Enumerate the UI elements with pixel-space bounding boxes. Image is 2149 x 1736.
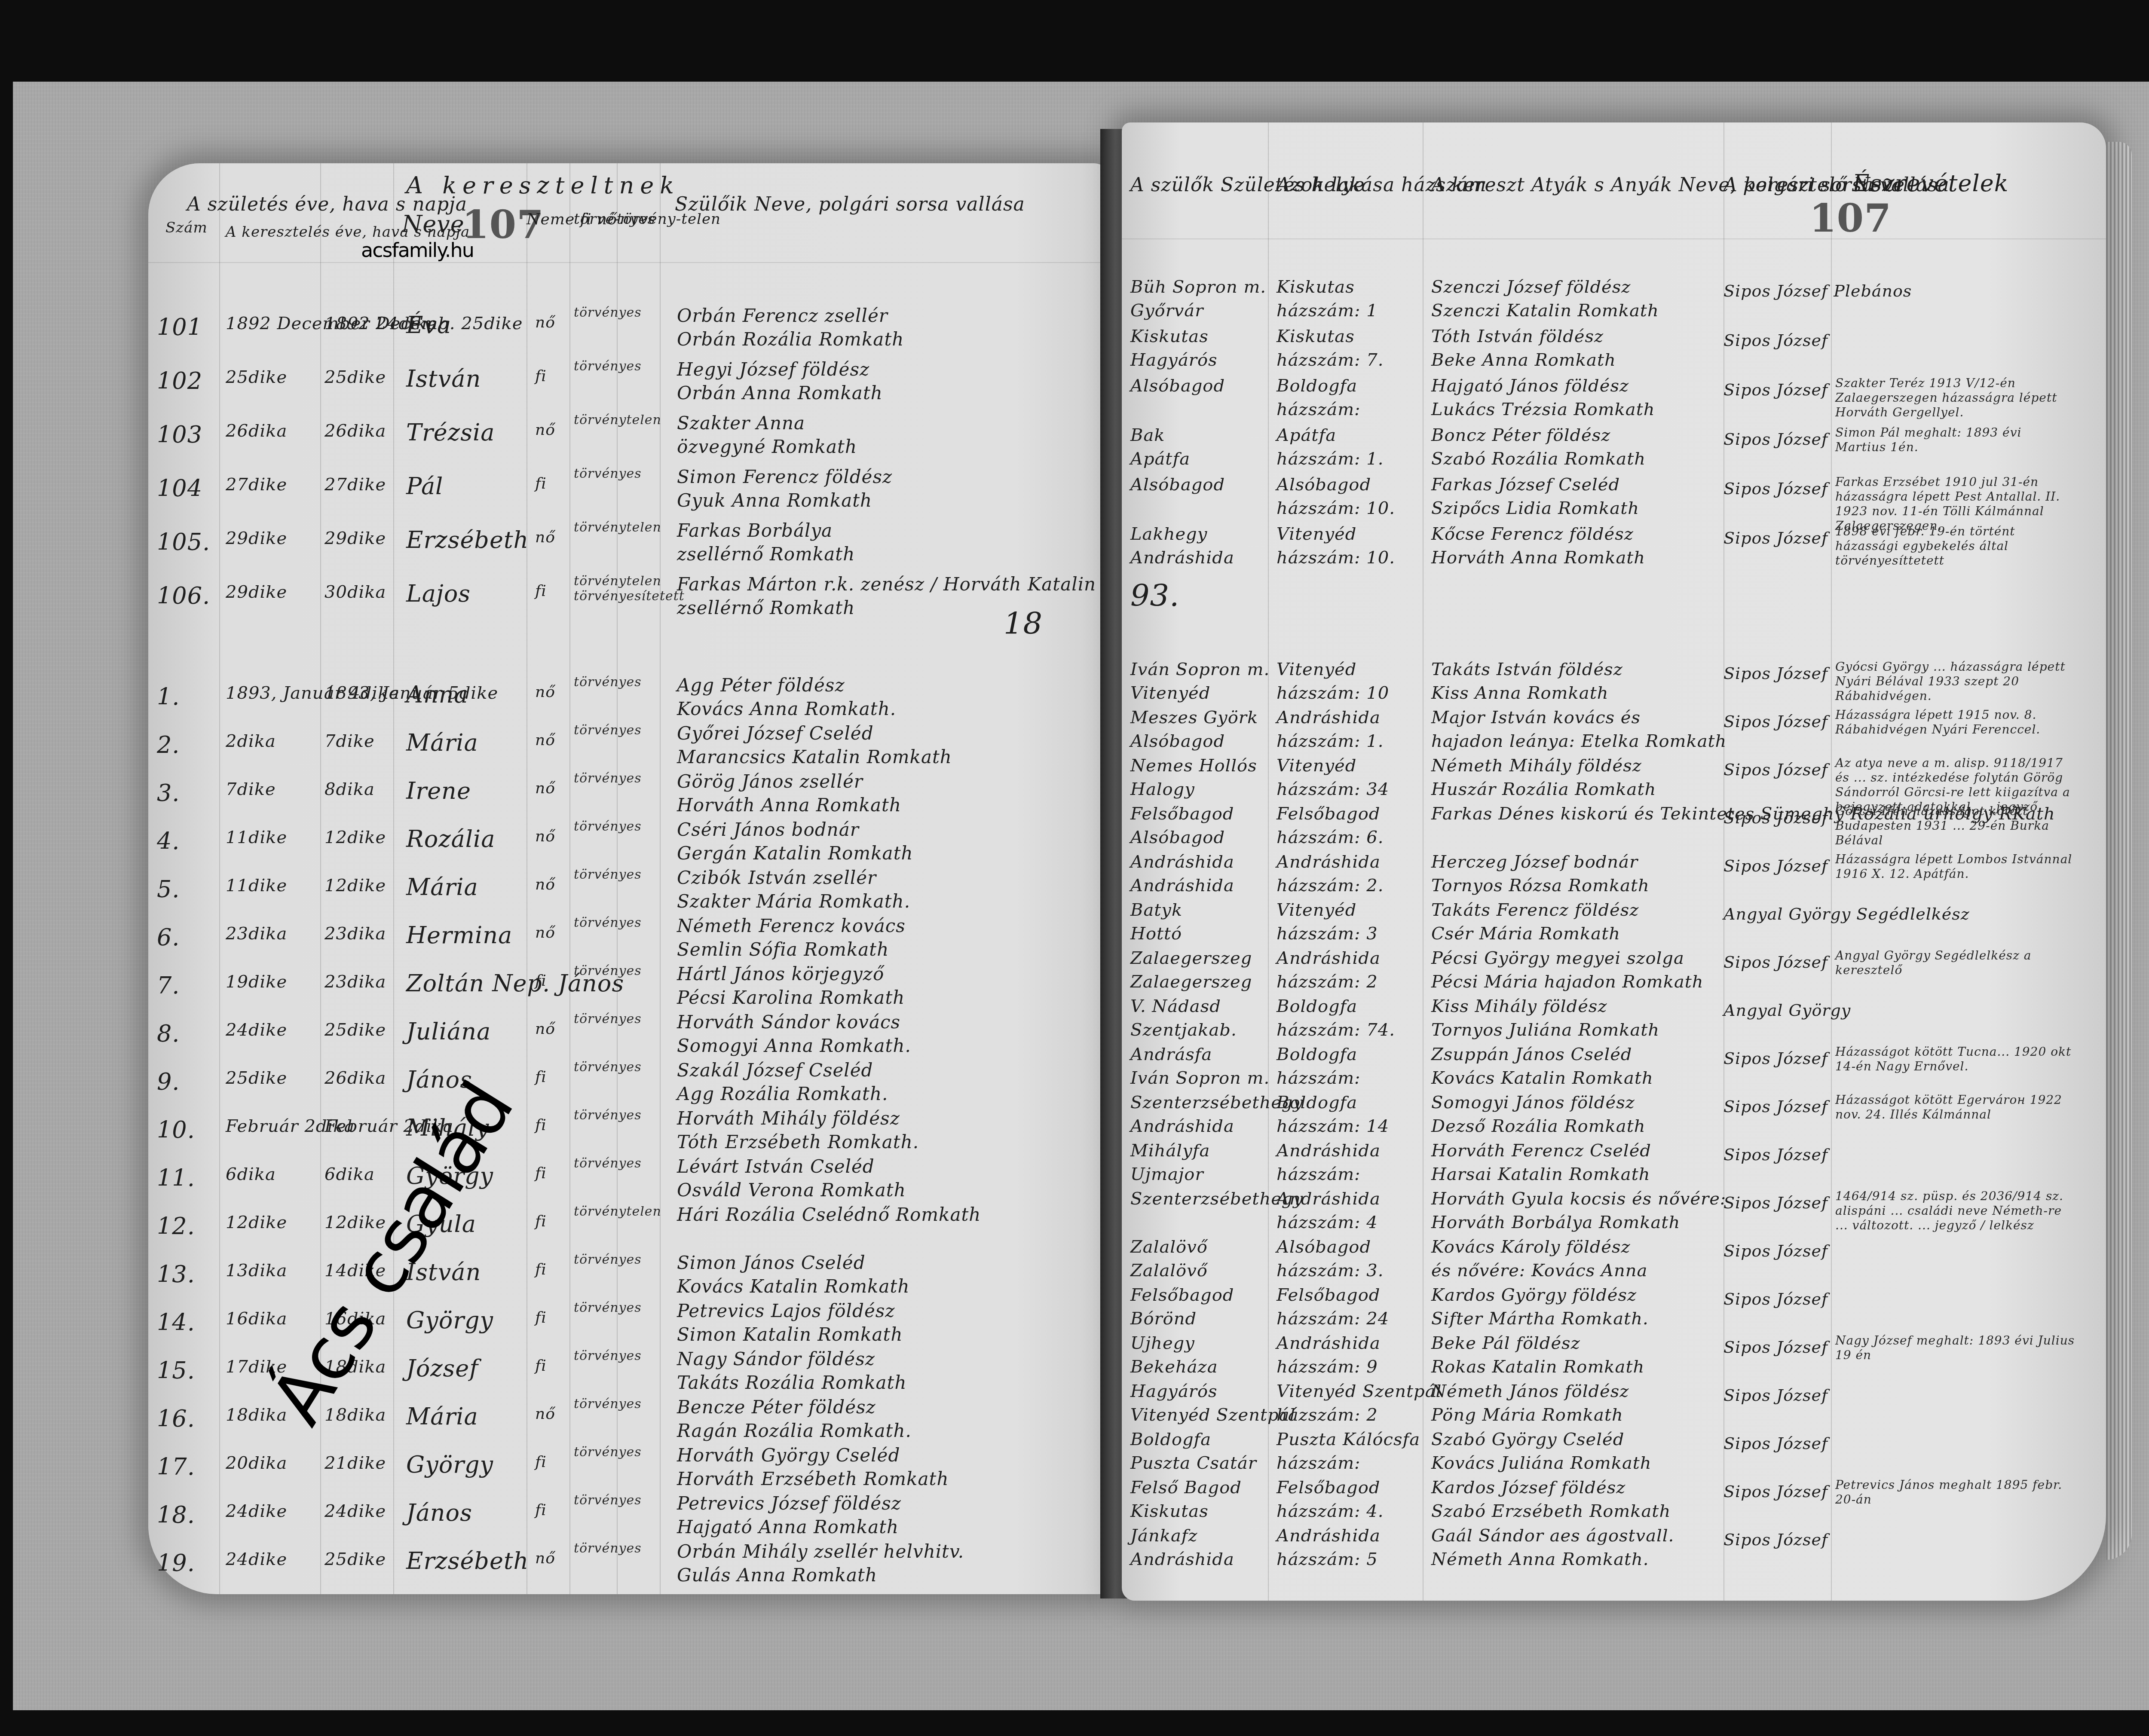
godparent: Zsuppán János Cseléd — [1431, 1045, 1632, 1064]
godparent: Tornyos Rózsa Romkath — [1431, 876, 1650, 896]
child-sex: fi — [535, 972, 547, 990]
parents-birthplace: Bórönd — [1130, 1309, 1197, 1329]
residence: Felsőbagod — [1277, 1478, 1380, 1498]
child-sex: nő — [535, 1020, 555, 1038]
birth-date: 12dike — [226, 1213, 287, 1232]
parents-birthplace: Bekeháza — [1130, 1357, 1218, 1377]
parents-birthplace: Andráshida — [1130, 876, 1234, 896]
godparent: Hajgató János földész — [1431, 376, 1629, 396]
godparent: Kiss Mihály földész — [1431, 996, 1607, 1016]
child-sex: fi — [535, 1357, 547, 1375]
legitimacy-status: törvényes — [574, 675, 655, 690]
baptism-date: 24dike — [324, 1501, 386, 1521]
parents-birthplace: Iván Sopron m. — [1130, 1068, 1270, 1088]
section-label: 93. — [1130, 578, 1179, 613]
remark-note: Házasságra lépett Lombos Istvánnal 1916 … — [1835, 852, 2076, 881]
legitimacy-status: törvényes — [574, 819, 655, 834]
child-sex: fi — [535, 1116, 547, 1134]
parent-father: Horváth Mihály földész — [677, 1108, 900, 1129]
baptizing-priest: Sipos József — [1723, 1097, 1828, 1116]
parents-birthplace: Andráshida — [1130, 548, 1234, 568]
residence: Felsőbagod — [1277, 1285, 1380, 1305]
residence: Vitenyéd — [1277, 900, 1356, 920]
baptism-date: 29dike — [324, 529, 386, 548]
godparent: Horváth Borbálya Romkath — [1431, 1213, 1680, 1232]
parent-father: Petrevics Lajos földész — [677, 1300, 895, 1321]
entry-number: 1. — [157, 683, 180, 710]
residence: házszám: — [1277, 1164, 1361, 1184]
parent-mother: Orbán Anna Romkath — [677, 382, 883, 403]
legitimacy-status: törvényes — [574, 771, 655, 786]
residence: Apátfa — [1277, 425, 1336, 445]
birth-date: 11dike — [226, 876, 287, 896]
entry-number: 10. — [157, 1116, 195, 1143]
residence: házszám: 74. — [1277, 1020, 1395, 1040]
baptizing-priest: Sipos József — [1723, 430, 1828, 449]
entry-number: 8. — [157, 1020, 180, 1047]
parent-mother: Pécsi Karolina Romkath — [677, 987, 905, 1008]
birth-date: 29dike — [226, 582, 287, 602]
parents-birthplace: Lakhegy — [1130, 524, 1207, 544]
birth-date: 27dike — [226, 475, 287, 495]
baptizing-priest: Sipos József — [1723, 1338, 1828, 1357]
parent-mother: zsellérnő Romkath — [677, 597, 855, 618]
legitimacy-status: törvényes — [574, 1348, 655, 1363]
godparent: Kardos József földész — [1431, 1478, 1626, 1498]
parents-birthplace: Zalalövő — [1130, 1261, 1208, 1281]
parent-father: Szakál József Cseléd — [677, 1060, 873, 1081]
residence: házszám: 2 — [1277, 972, 1378, 992]
parent-mother: Horváth Anna Romkath — [677, 795, 901, 816]
header-remarks: Észrevételek — [1852, 170, 2008, 197]
child-sex: fi — [535, 1164, 547, 1182]
godparent: Szenczi Katalin Romkath — [1431, 301, 1659, 321]
child-sex: nő — [535, 1550, 555, 1567]
godparent: Farkas József Cseléd — [1431, 475, 1620, 495]
remark-note: Simon Pál meghalt: 1893 évi Martius 1én. — [1835, 425, 2076, 455]
birth-date: 25dike — [226, 367, 287, 387]
parents-birthplace: Batyk — [1130, 900, 1182, 920]
godparent: Harsai Katalin Romkath — [1431, 1164, 1650, 1184]
residence: házszám: 1 — [1277, 301, 1378, 321]
residence: Boldogfa — [1277, 1093, 1357, 1113]
legitimacy-status: törvényes — [574, 867, 655, 882]
parent-father: Görög János zsellér — [677, 771, 863, 792]
godparent: Tornyos Juliána Romkath — [1431, 1020, 1659, 1040]
child-sex: nő — [535, 876, 555, 893]
parent-father: Farkas Borbálya — [677, 520, 833, 541]
godparent: Szabó György Cseléd — [1431, 1430, 1624, 1449]
residence: Vitenyéd — [1277, 756, 1356, 776]
parents-birthplace: Hottó — [1130, 924, 1182, 944]
child-sex: fi — [535, 1261, 547, 1278]
remark-note: Házasságot kötött Egervárон 1922 nov. 24… — [1835, 1093, 2076, 1122]
header-parents: Szülőik Neve, polgári sorsa vallása — [675, 193, 1025, 215]
godparent: Csér Mária Romkath — [1431, 924, 1620, 944]
godparent: hajadon leánya: Etelka Romkath — [1431, 731, 1727, 751]
godparent: Huszár Rozália Romkath — [1431, 779, 1656, 799]
residence: házszám: 4. — [1277, 1501, 1384, 1521]
godparent: Kiss Anna Romkath — [1431, 683, 1608, 703]
parent-mother: Osváld Verona Romkath — [677, 1180, 906, 1201]
birth-date: 23dika — [226, 924, 287, 944]
residence: Vitenyéd — [1277, 660, 1356, 679]
legitimacy-status: törvényes — [574, 466, 655, 481]
child-name: Mária — [406, 729, 478, 756]
remark-note: Petrevics János meghalt 1895 febr. 20-án — [1835, 1478, 2076, 1507]
baptizing-priest: Sipos József — [1723, 760, 1828, 779]
child-name: Rozália — [406, 825, 496, 853]
residence: Kiskutas — [1277, 277, 1355, 297]
parent-father: Petrevics József földész — [677, 1493, 901, 1514]
child-name: József — [406, 1355, 478, 1382]
birth-date: 7dike — [226, 779, 276, 799]
birth-date: 19dike — [226, 972, 287, 992]
baptizing-priest: Sipos József — [1723, 1241, 1828, 1260]
residence: Andráshida — [1277, 1141, 1381, 1161]
birth-date: 2dika — [226, 731, 276, 751]
godparent: Szipőcs Lidia Romkath — [1431, 498, 1639, 518]
baptizing-priest: Sipos József — [1723, 712, 1828, 731]
baptizing-priest: Angyal György — [1723, 1001, 1851, 1020]
header-name: Neve — [402, 211, 465, 238]
legitimacy-status: törvényes — [574, 305, 655, 320]
residence: házszám: 2. — [1277, 876, 1384, 896]
residence: házszám: 6. — [1277, 828, 1384, 847]
parents-birthplace: Kiskutas — [1130, 1501, 1209, 1521]
parent-mother: Horváth Erzsébeth Romkath — [677, 1468, 949, 1489]
godparent: Dezső Rozália Romkath — [1431, 1116, 1645, 1136]
parent-father: Hártl János körjegyző — [677, 963, 884, 984]
baptism-date: 25dike — [324, 367, 386, 387]
entry-number: 16. — [157, 1405, 195, 1432]
baptism-date: 7dike — [324, 731, 375, 751]
residence: házszám: — [1277, 400, 1361, 419]
parents-birthplace: Andráshida — [1130, 852, 1234, 872]
godparent: Major István kovács és — [1431, 708, 1641, 727]
child-sex: nő — [535, 314, 555, 331]
parent-mother: Semlin Sófia Romkath — [677, 939, 889, 960]
residence: házszám: 10. — [1277, 548, 1395, 568]
parent-mother: Orbán Rozália Romkath — [677, 329, 904, 350]
baptizing-priest: Sipos József — [1723, 1145, 1828, 1164]
parent-father: Hári Rozália Cselédnő Romkath — [677, 1204, 981, 1225]
child-sex: nő — [535, 529, 555, 546]
legitimacy-status: törvényes — [574, 1493, 655, 1508]
residence: házszám: 7. — [1277, 350, 1384, 370]
legitimacy-status: törvényes — [574, 1300, 655, 1315]
residence: házszám: 14 — [1277, 1116, 1389, 1136]
parents-birthplace: Vitenyéd — [1130, 683, 1210, 703]
parents-birthplace: Felsőbagod — [1130, 1285, 1234, 1305]
godparent: Sifter Mártha Romkath. — [1431, 1309, 1649, 1329]
parent-father: Németh Ferencz kovács — [677, 915, 906, 936]
child-name: Trézsia — [406, 419, 495, 446]
godparent: Németh János földész — [1431, 1381, 1629, 1401]
parents-birthplace: Ujmajor — [1130, 1164, 1204, 1184]
parents-birthplace: V. Nádasd — [1130, 996, 1221, 1016]
godparent: Somogyi János földész — [1431, 1093, 1635, 1113]
residence: Vitenyéd — [1277, 524, 1356, 544]
godparent: Kovács Juliána Romkath — [1431, 1453, 1652, 1473]
residence: házszám: — [1277, 1068, 1361, 1088]
remark-note: Szakter Teréz 1913 V/12-én Zalaegerszege… — [1835, 376, 2076, 420]
parents-birthplace: Zalaegerszeg — [1130, 948, 1252, 968]
parent-mother: Somogyi Anna Romkath. — [677, 1035, 911, 1056]
page-number: 18 — [1004, 606, 1043, 641]
birth-date: 25dike — [226, 1068, 287, 1088]
remark-note: 1898 évi febr. 19-én történt házassági e… — [1835, 524, 2076, 568]
child-sex: fi — [535, 1501, 547, 1519]
baptism-date: 12dike — [324, 876, 386, 896]
baptizing-priest: Sipos József — [1723, 331, 1828, 350]
parents-birthplace: Büh Sopron m. — [1130, 277, 1266, 297]
child-sex: nő — [535, 828, 555, 845]
child-name: Juliána — [406, 1018, 491, 1045]
parents-birthplace: Hagyárós — [1130, 1381, 1218, 1401]
parents-birthplace: Apátfa — [1130, 449, 1190, 469]
remark-note: Házasságot kötött Tucna... 1920 okt 14-é… — [1835, 1045, 2076, 1074]
residence: Vitenyéd Szentpál — [1277, 1381, 1442, 1401]
residence: házszám: 9 — [1277, 1357, 1378, 1377]
child-name: János — [406, 1499, 472, 1526]
godparent: Boncz Péter földész — [1431, 425, 1610, 445]
parents-birthplace: Bak — [1130, 425, 1165, 445]
entry-number: 7. — [157, 972, 180, 999]
child-name: István — [406, 365, 481, 392]
legitimacy-status: törvényes — [574, 915, 655, 930]
godparent: Kőcse Ferencz földész — [1431, 524, 1634, 544]
child-sex: fi — [535, 582, 547, 600]
parent-mother: Tóth Erzsébeth Romkath. — [677, 1131, 919, 1152]
legitimacy-status: törvényes — [574, 1156, 655, 1171]
parents-birthplace: Győrvár — [1130, 301, 1203, 321]
entry-number: 106. — [157, 582, 210, 609]
parent-mother: Kovács Katalin Romkath — [677, 1276, 909, 1297]
baptism-date: 26dika — [324, 421, 386, 441]
entry-number: 15. — [157, 1357, 195, 1384]
page-stack-edge — [2106, 142, 2132, 1560]
parent-father: Hegyi József földész — [677, 359, 869, 380]
entry-number: 17. — [157, 1453, 195, 1480]
baptism-date: 25dike — [324, 1550, 386, 1569]
child-sex: nő — [535, 1405, 555, 1423]
residence: házszám: — [1277, 1453, 1361, 1473]
parent-mother: Szakter Mária Romkath. — [677, 891, 910, 912]
baptizing-priest: Sipos József — [1723, 1386, 1828, 1405]
residence: Andráshida — [1277, 708, 1381, 727]
remark-note: Görcsi Irén házasságot kötött Budapesten… — [1835, 804, 2076, 848]
birth-date: 6dika — [226, 1164, 276, 1184]
legitimacy-status: törvényes — [574, 1397, 655, 1412]
godparent: Kovács Károly földész — [1431, 1237, 1631, 1257]
legitimacy-status: törvényes — [574, 963, 655, 978]
child-sex: nő — [535, 421, 555, 439]
baptizing-priest: Sipos József — [1723, 1049, 1828, 1068]
header-group-baptized: A kereszteltnek — [406, 172, 680, 199]
legitimacy-status: törvénytelen — [574, 520, 655, 535]
child-name: Mária — [406, 874, 478, 901]
birth-date: 20dika — [226, 1453, 287, 1473]
birth-date: 29dike — [226, 529, 287, 548]
legitimacy-status: törvénytelen — [574, 1204, 655, 1219]
legitimacy-status: törvényes — [574, 1541, 655, 1556]
child-sex: fi — [535, 1213, 547, 1230]
entry-number: 11. — [157, 1164, 195, 1192]
parent-mother: Hajgató Anna Romkath — [677, 1516, 899, 1537]
residence: házszám: 1. — [1277, 449, 1384, 469]
residence: házszám: 10 — [1277, 683, 1389, 703]
residence: házszám: 10. — [1277, 498, 1395, 518]
godparent: Németh Anna Romkath. — [1431, 1550, 1649, 1569]
parents-birthplace: Halogy — [1130, 779, 1195, 799]
godparent: Szabó Rozália Romkath — [1431, 449, 1646, 469]
parents-birthplace: Andráshida — [1130, 1116, 1234, 1136]
residence: Andráshida — [1277, 1333, 1381, 1353]
baptism-date: 26dika — [324, 1068, 386, 1088]
entry-number: 101 — [157, 314, 202, 341]
residence: Andráshida — [1277, 1526, 1381, 1546]
entry-number: 5. — [157, 876, 180, 903]
birth-date: 24dike — [226, 1550, 287, 1569]
child-sex: nő — [535, 779, 555, 797]
remark-note: Házasságra lépett 1915 nov. 8. Rábahidvé… — [1835, 708, 2076, 737]
residence: Boldogfa — [1277, 996, 1357, 1016]
residence: Andráshida — [1277, 1189, 1381, 1209]
birth-date: 16dika — [226, 1309, 287, 1329]
entry-number: 102 — [157, 367, 202, 394]
parents-birthplace: Szentjakab. — [1130, 1020, 1237, 1040]
residence: házszám: 24 — [1277, 1309, 1389, 1329]
parents-birthplace: Felső Bagod — [1130, 1478, 1242, 1498]
baptism-date: 6dika — [324, 1164, 375, 1184]
child-sex: nő — [535, 683, 555, 701]
parents-birthplace: Boldogfa — [1130, 1430, 1211, 1449]
parent-father: Orbán Mihály zsellér helvhitv. — [677, 1541, 964, 1562]
godparent: Lukács Trézsia Romkath — [1431, 400, 1655, 419]
parent-father: Orbán Ferencz zsellér — [677, 305, 888, 326]
parents-birthplace: Andráshida — [1130, 1550, 1234, 1569]
entry-number: 4. — [157, 828, 180, 855]
parent-father: Cséri János bodnár — [677, 819, 859, 840]
legitimacy-status: törvénytelen törvényesítetett — [574, 574, 655, 604]
legitimacy-status: törvényes — [574, 1012, 655, 1027]
parent-father: Nagy Sándor földész — [677, 1348, 875, 1369]
baptism-date: 23dika — [324, 972, 386, 992]
child-name: Mária — [406, 1403, 478, 1430]
entry-number: 9. — [157, 1068, 180, 1095]
baptism-date: 30dika — [324, 582, 386, 602]
parents-birthplace: Meszes Györk — [1130, 708, 1258, 727]
godparent: Beke Pál földész — [1431, 1333, 1580, 1353]
parents-birthplace: Iván Sopron m. — [1130, 660, 1270, 679]
child-name: György — [406, 1307, 493, 1334]
baptizing-priest: Sipos József — [1723, 953, 1828, 972]
remark-note: 1464/914 sz. püsp. és 2036/914 sz. alisp… — [1835, 1189, 2076, 1233]
child-name: Erzsébeth — [406, 526, 529, 553]
residence: házszám: 2 — [1277, 1405, 1378, 1425]
baptizing-priest: Angyal György Segédlelkész — [1723, 905, 1970, 923]
child-name: Éva — [406, 312, 451, 339]
residence: házszám: 3 — [1277, 924, 1378, 944]
baptizing-priest: Sipos József — [1723, 1193, 1828, 1212]
parents-birthplace: Felsőbagod — [1130, 804, 1234, 824]
entry-number: 103 — [157, 421, 202, 448]
residence: Kiskutas — [1277, 327, 1355, 346]
godparent: Horváth Gyula kocsis és nővére: — [1431, 1189, 1726, 1209]
residence: Alsóbagod — [1277, 1237, 1371, 1257]
entry-number: 19. — [157, 1550, 195, 1577]
remark-note: Nagy József meghalt: 1893 évi Julius 19 … — [1835, 1333, 2076, 1363]
child-sex: nő — [535, 731, 555, 749]
legitimacy-status: törvénytelen — [574, 413, 655, 428]
entry-number: 3. — [157, 779, 180, 807]
entry-number: 18. — [157, 1501, 195, 1528]
godparent: Pöng Mária Romkath — [1431, 1405, 1623, 1425]
residence: Andráshida — [1277, 852, 1381, 872]
parents-birthplace: Kiskutas — [1130, 327, 1209, 346]
child-name: Irene — [406, 777, 471, 804]
godparent: és nővére: Kovács Anna — [1431, 1261, 1647, 1281]
godparent: Gaál Sándor aes ágostvall. — [1431, 1526, 1674, 1546]
parent-mother: Kovács Anna Romkath. — [677, 698, 896, 719]
parents-birthplace: Alsóbagod — [1130, 731, 1225, 751]
parents-birthplace: Ujhegy — [1130, 1333, 1195, 1353]
residence: házszám: 34 — [1277, 779, 1389, 799]
parent-mother: Gyuk Anna Romkath — [677, 490, 872, 511]
right-page: A szülők Születés helye Azok lakása házs… — [1122, 122, 2106, 1601]
parents-birthplace: Alsóbagod — [1130, 475, 1225, 495]
baptizing-priest: Sipos József — [1723, 1482, 1828, 1501]
parent-father: Simon Ferencz földész — [677, 466, 892, 487]
birth-date: 11dike — [226, 828, 287, 847]
parents-birthplace: Zalalövő — [1130, 1237, 1208, 1257]
parents-birthplace: Hagyárós — [1130, 350, 1218, 370]
parent-father: Agg Péter földész — [677, 675, 845, 696]
baptizing-priest: Sipos József — [1723, 1530, 1828, 1549]
godparent: Szenczi József földész — [1431, 277, 1631, 297]
residence: Puszta Kálócsfa — [1277, 1430, 1420, 1449]
residence: Alsóbagod — [1277, 475, 1371, 495]
parent-mother: Agg Rozália Romkath. — [677, 1083, 888, 1104]
entry-number: 2. — [157, 731, 180, 758]
legitimacy-status: törvényes — [574, 1252, 655, 1267]
child-name: Anna — [406, 681, 468, 708]
godparent: Szabó Erzsébeth Romkath — [1431, 1501, 1671, 1521]
pencil-number-right: 107 — [1809, 196, 1892, 241]
parent-father: Szakter Anna — [677, 413, 805, 434]
child-name: Pál — [406, 473, 443, 500]
baptism-date: 21dike — [324, 1453, 386, 1473]
godparent: Takáts István földész — [1431, 660, 1623, 679]
parent-father: Horváth Sándor kovács — [677, 1012, 900, 1033]
legitimacy-status: törvényes — [574, 359, 655, 374]
parent-father: Győrei József Cseléd — [677, 723, 874, 744]
child-sex: fi — [535, 1068, 547, 1086]
remark-note: Gyócsi György ... házasságra lépett Nyár… — [1835, 660, 2076, 703]
baptizing-priest: Sipos József — [1723, 664, 1828, 683]
parents-birthplace: Zalaegerszeg — [1130, 972, 1252, 992]
parents-birthplace: Mihályfa — [1130, 1141, 1210, 1161]
parents-birthplace: Alsóbagod — [1130, 828, 1225, 847]
birth-date: 24dike — [226, 1020, 287, 1040]
parents-birthplace: Vitenyéd Szentpál — [1130, 1405, 1295, 1425]
parent-father: Bencze Péter földész — [677, 1397, 876, 1418]
child-name: Lajos — [406, 580, 471, 607]
godparent: Pécsi György megyei szolga — [1431, 948, 1684, 968]
child-sex: fi — [535, 1309, 547, 1326]
entry-number: 105. — [157, 529, 210, 556]
